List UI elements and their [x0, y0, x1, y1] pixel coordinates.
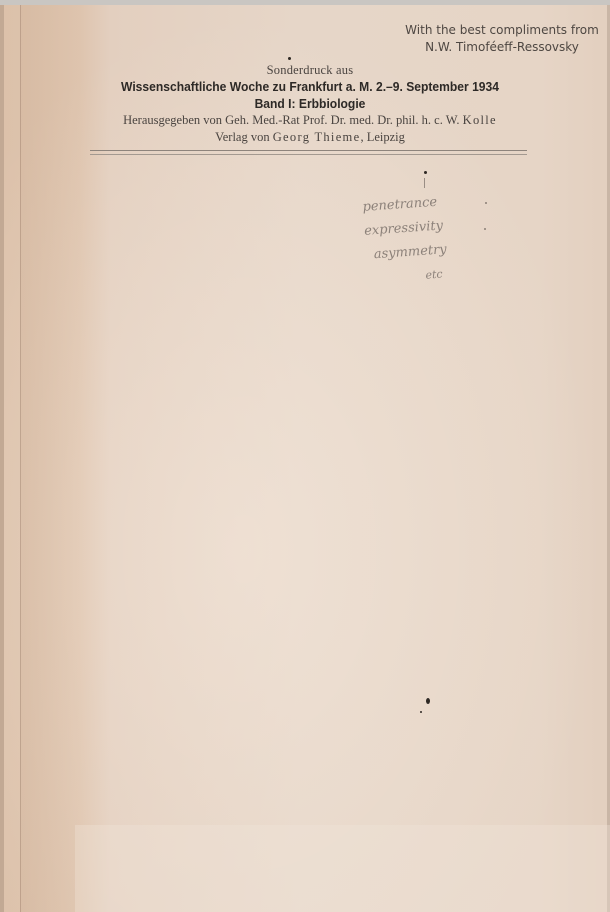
ink-speck	[426, 698, 430, 704]
offprint-label: Sonderdruck aus	[90, 62, 530, 78]
publisher-name: Georg Thieme	[273, 130, 361, 144]
editor-prefix: Herausgegeben von Geh. Med.-Rat Prof. Dr…	[123, 113, 459, 127]
faded-paper-area	[75, 825, 610, 912]
publisher-line: Verlag von Georg Thieme, Leipzig	[90, 129, 530, 146]
header-double-rule	[90, 150, 527, 155]
editor-name: Kolle	[463, 113, 497, 127]
publisher-city: , Leipzig	[360, 130, 404, 144]
offprint-header: Sonderdruck aus Wissenschaftliche Woche …	[90, 62, 530, 146]
presentation-stamp: With the best compliments from N.W. Timo…	[392, 22, 610, 56]
publisher-prefix: Verlag von	[215, 130, 270, 144]
ink-speck	[420, 711, 422, 713]
editor-line: Herausgegeben von Geh. Med.-Rat Prof. Dr…	[90, 112, 530, 129]
spine-edge	[0, 5, 4, 912]
pencil-mark	[424, 178, 425, 188]
margin-shading	[21, 5, 81, 912]
handwritten-pencil-note: penetrance expressivity asymmetry etc	[362, 188, 478, 291]
ink-speck	[288, 57, 291, 60]
ink-speck	[485, 202, 487, 204]
stamp-line-2: N.W. Timoféeff-Ressovsky	[392, 39, 610, 56]
publication-title: Wissenschaftliche Woche zu Frankfurt a. …	[105, 78, 514, 95]
volume-title: Band I: Erbbiologie	[105, 95, 514, 112]
ink-speck	[484, 228, 486, 230]
stamp-line-1: With the best compliments from	[392, 22, 610, 39]
ink-speck	[424, 171, 427, 174]
